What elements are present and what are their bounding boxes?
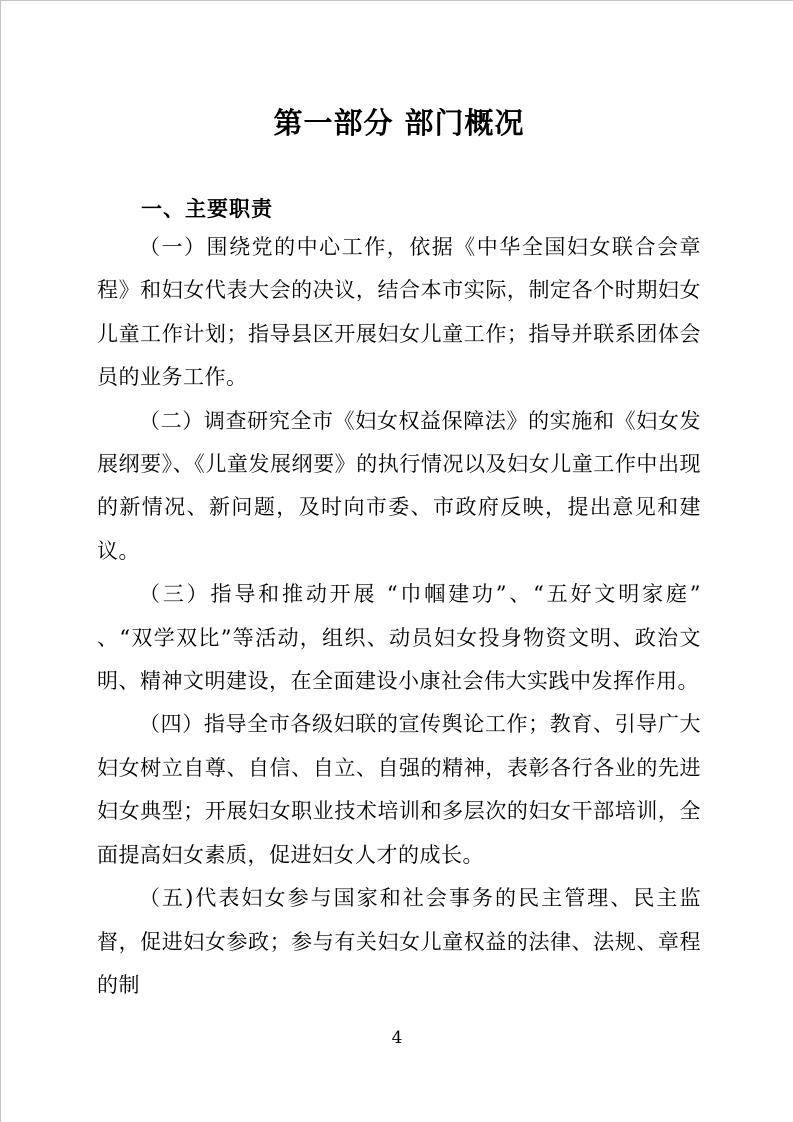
paragraph-2: （二）调查研究全市《妇女权益保障法》的实施和《妇女发展纲要》、《儿童发展纲要》的… bbox=[97, 400, 701, 574]
page-title: 第一部分 部门概况 bbox=[97, 105, 701, 141]
page-number: 4 bbox=[1, 1028, 793, 1048]
paragraph-3: （三）指导和推动开展 “巾帼建功”、“五好文明家庭” 、“双学双比”等活动，组织… bbox=[97, 573, 701, 703]
document-page: 第一部分 部门概况 一、主要职责 （一）围绕党的中心工作，依据《中华全国妇女联合… bbox=[0, 0, 793, 1122]
document-body: （一）围绕党的中心工作，依据《中华全国妇女联合会章程》和妇女代表大会的决议，结合… bbox=[97, 226, 701, 1007]
section-heading: 一、主要职责 bbox=[97, 196, 701, 222]
paragraph-4: （四）指导全市各级妇联的宣传舆论工作；教育、引导广大妇女树立自尊、自信、自立、自… bbox=[97, 703, 701, 877]
paragraph-5: （五)代表妇女参与国家和社会事务的民主管理、民主监督，促进妇女参政；参与有关妇女… bbox=[97, 877, 701, 1007]
paragraph-1: （一）围绕党的中心工作，依据《中华全国妇女联合会章程》和妇女代表大会的决议，结合… bbox=[97, 226, 701, 400]
